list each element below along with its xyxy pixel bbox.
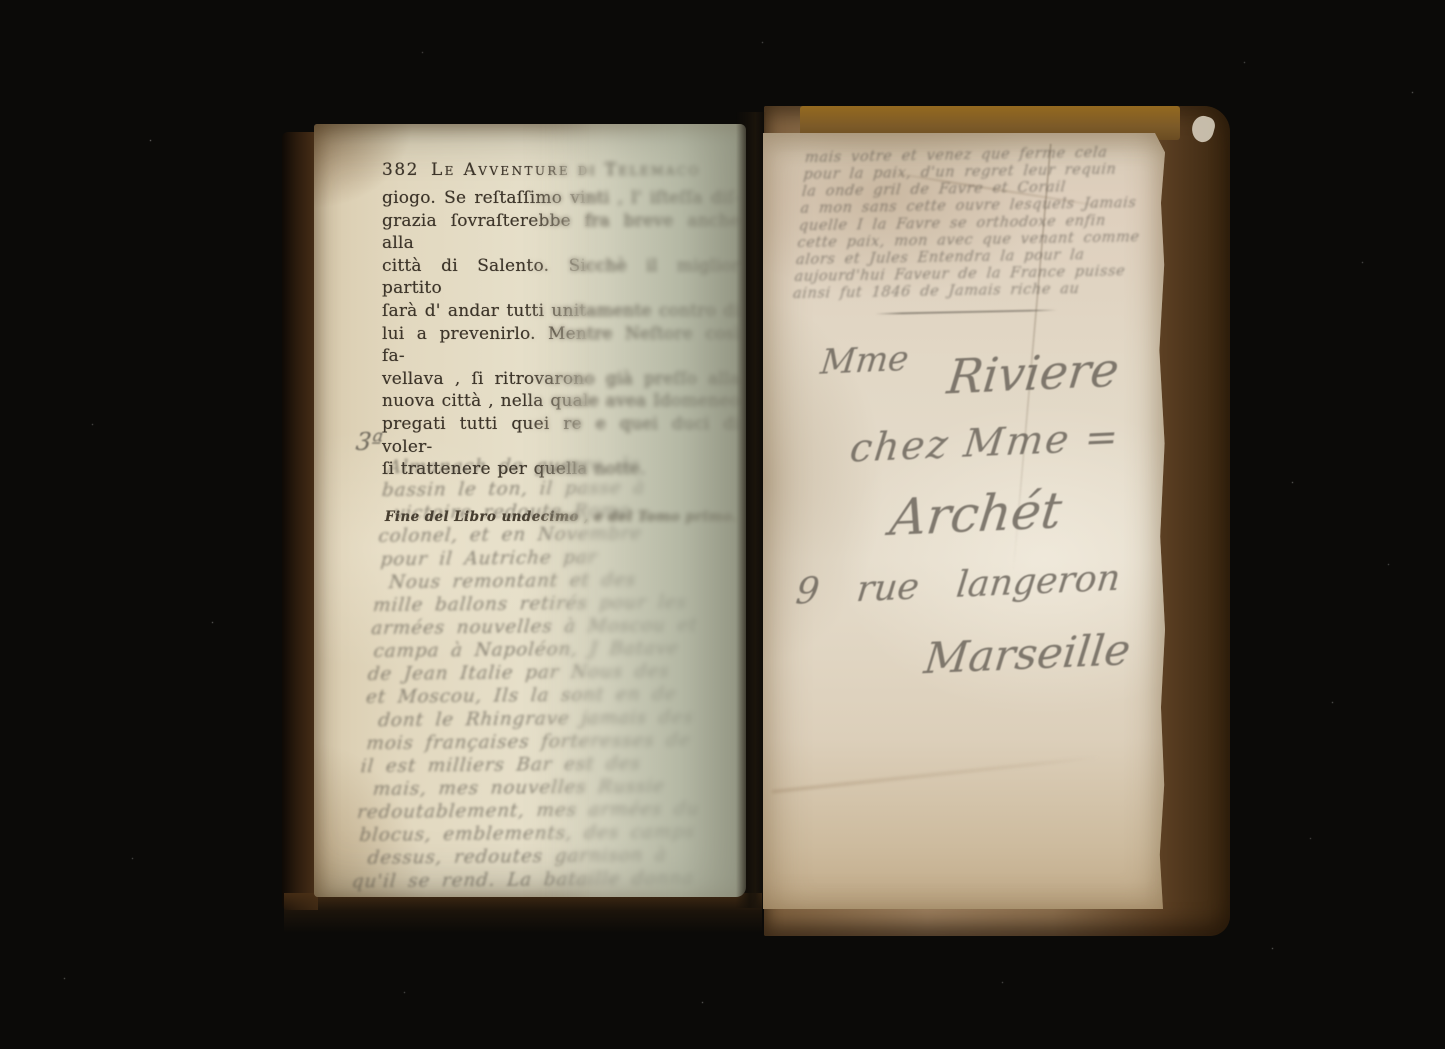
- page-number: 382: [382, 160, 419, 180]
- printed-line: lui a prevenirlo. Mentre Neſtore così fa…: [382, 323, 740, 368]
- printed-line: vellava , ſi ritrovarono già preſſo alla: [382, 368, 740, 391]
- printed-line: nuova città , nella quale avea Idomeneo: [382, 390, 740, 413]
- pencil-line: blocus, emblements, des camps: [359, 820, 746, 847]
- pencil-line: mois françaises forteresses de: [366, 728, 746, 755]
- pencil-line: armées nouvelles à Moscou et: [370, 613, 746, 640]
- printed-line: città di Salento. Sicchè il miglior part…: [382, 255, 740, 300]
- right-page: mais votre et venez que ferme celapour l…: [763, 133, 1165, 909]
- inscription-city: Marseille: [922, 626, 1133, 685]
- pencil-text-left: Almanach de guerre, lebassin le ton, il …: [351, 452, 746, 892]
- book-photo: 382Le Avventure di Telemaco giogo. Se re…: [0, 0, 1445, 1049]
- inscription-mme: Mme: [818, 339, 910, 383]
- running-header: 382Le Avventure di Telemaco: [382, 160, 740, 180]
- book-bottom-shadow: [284, 893, 762, 933]
- printed-line: giogo. Se reſtaſſimo vinti , l' iſteſſa …: [382, 187, 740, 210]
- dust-specks: [0, 0, 1, 1]
- printed-line: ſarà d' andar tutti unitamente contro di: [382, 300, 740, 323]
- owner-inscription: Mme Riviere chez Mme = Archét 9 rue lang…: [763, 133, 1165, 909]
- book-cover-left-edge: [282, 132, 318, 910]
- book-gutter-shadow: [736, 112, 766, 908]
- inscription-archet: Archét: [887, 481, 1065, 546]
- pencil-line: qu'il se rend. La bataille donna: [351, 866, 746, 892]
- inscription-street: 9 rue langeron: [794, 558, 1123, 613]
- pencil-margin-note: 3ª: [355, 428, 385, 456]
- printed-paragraph: giogo. Se reſtaſſimo vinti , l' iſteſſa …: [382, 187, 740, 481]
- printed-line: grazia ſovraſterebbe fra breve anche all…: [382, 210, 740, 255]
- inscription-name: Riviere: [944, 343, 1121, 405]
- left-page: 382Le Avventure di Telemaco giogo. Se re…: [314, 124, 746, 897]
- printed-line: pregati tutti quei re e quei duci di vol…: [382, 413, 740, 458]
- running-title: Le Avventure di Telemaco: [431, 160, 701, 180]
- inscription-chez: chez Mme =: [848, 415, 1123, 472]
